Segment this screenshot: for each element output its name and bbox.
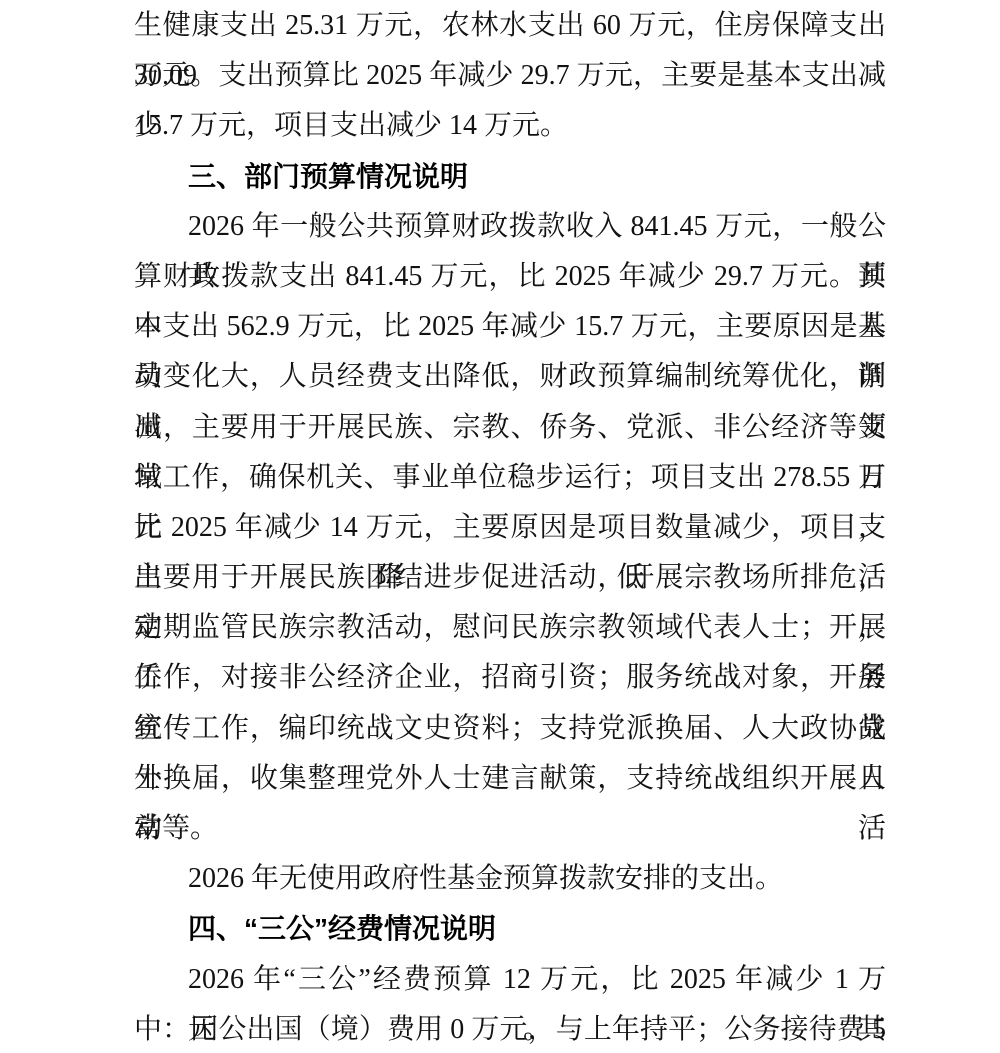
section-heading-3: 三、部门预算情况说明 xyxy=(134,152,886,202)
body-text-line: 生健康支出 25.31 万元，农林水支出 60 万元，住房保障支出 30.09 xyxy=(134,1,886,51)
body-text-line: 主要用于开展民族团结进步促进活动，开展宗教场所排危活动， xyxy=(134,553,886,603)
body-text-line: 算财政拨款支出 841.45 万元，比 2025 年减少 29.7 万元。其中：… xyxy=(134,252,886,302)
body-text-line: 2026 年一般公共预算财政拨款收入 841.45 万元，一般公共预 xyxy=(134,202,886,252)
body-text-line: 比 2025 年减少 14 万元，主要原因是项目数量减少，项目支出降低， xyxy=(134,503,886,553)
body-text-line: 本支出 562.9 万元，比 2025 年减少 15.7 万元，主要原因是人员调 xyxy=(134,302,886,352)
body-text-line: 2026 年“三公”经费预算 12 万元，比 2025 年减少 1 万元。其 xyxy=(134,955,886,1005)
section-heading-4: 四、“三公”经费情况说明 xyxy=(134,904,886,954)
body-text-line: 中：因公出国（境）费用 0 万元，与上年持平；公务接待费 5 万元， xyxy=(134,1005,886,1053)
body-text-line: 定期监管民族宗教活动，慰问民族宗教领域代表人士；开展侨务 xyxy=(134,603,886,653)
body-text-line: 常工作，确保机关、事业单位稳步运行；项目支出 278.55 万元， xyxy=(134,453,886,503)
body-text-line: 万元。支出预算比 2025 年减少 29.7 万元，主要是基本支出减少 xyxy=(134,51,886,101)
body-text-line: 宣传工作，编印统战文史资料；支持党派换届、人大政协党外人 xyxy=(134,704,886,754)
body-text-line: 15.7 万元，项目支出减少 14 万元。 xyxy=(134,101,886,151)
body-text-line: 出，主要用于开展民族、宗教、侨务、党派、非公经济等领域日 xyxy=(134,403,886,453)
body-text-line: 士换届，收集整理党外人士建言献策，支持统战组织开展日常活 xyxy=(134,754,886,804)
body-text-line: 动变化大，人员经费支出降低，财政预算编制统筹优化，削减支 xyxy=(134,352,886,402)
body-text-line: 工作，对接非公经济企业，招商引资；服务统战对象，开展统战 xyxy=(134,653,886,703)
body-text-line: 2026 年无使用政府性基金预算拨款安排的支出。 xyxy=(134,854,886,904)
document-page: 生健康支出 25.31 万元，农林水支出 60 万元，住房保障支出 30.09 … xyxy=(134,1,886,1053)
